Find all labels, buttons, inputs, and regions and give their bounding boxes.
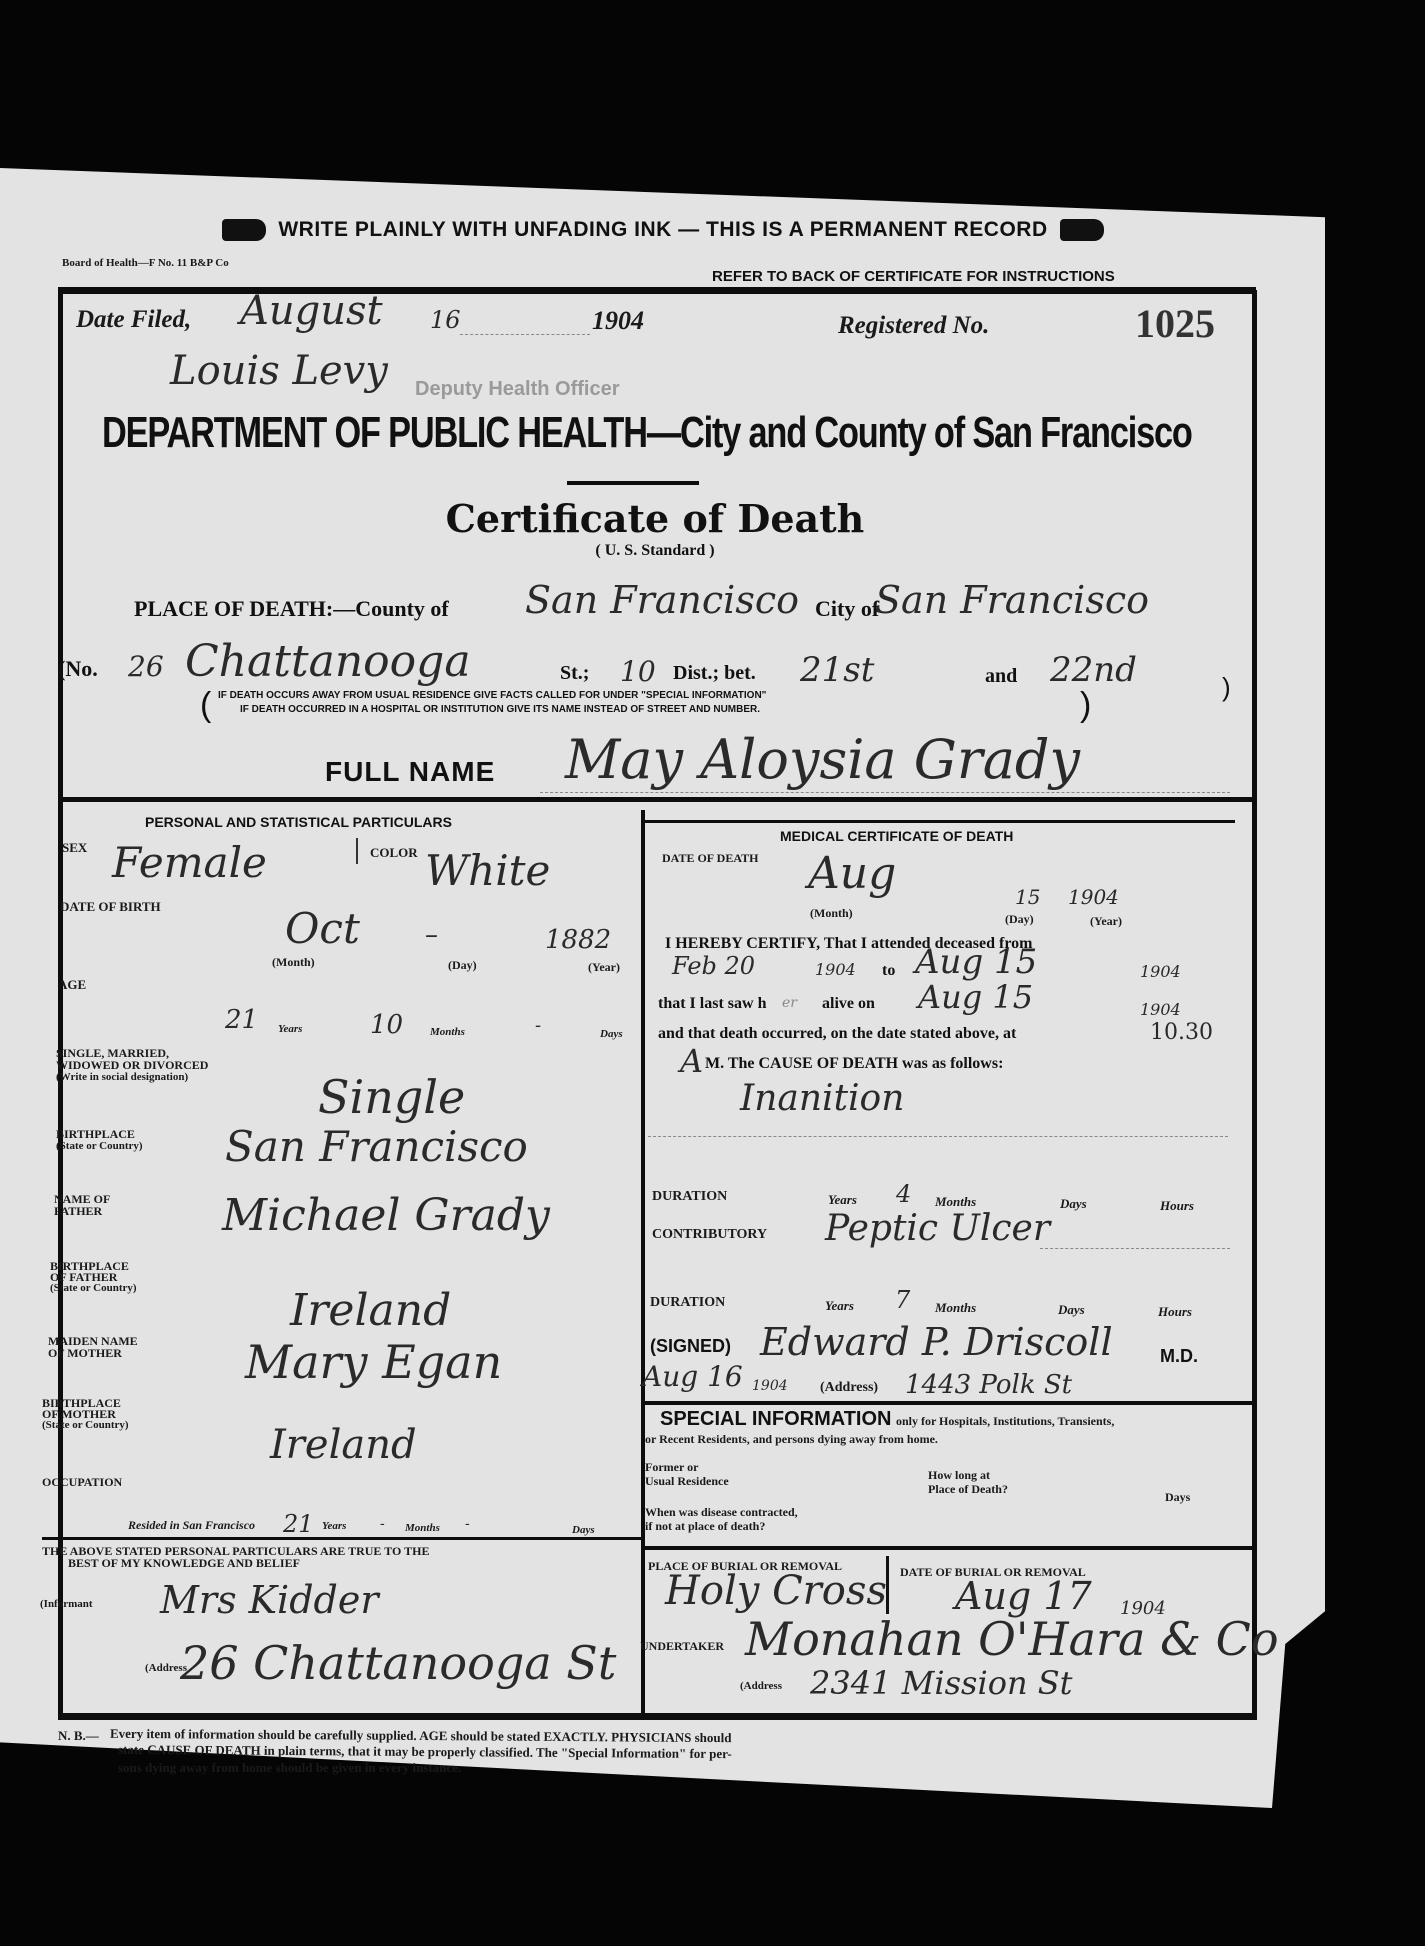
between-street-2: 22nd: [1050, 650, 1137, 690]
sex-label: SEX: [62, 841, 87, 854]
personal-heading: PERSONAL AND STATISTICAL PARTICULARS: [145, 814, 452, 830]
cause-of-death: Inanition: [740, 1078, 904, 1119]
form-top-border: [58, 287, 1256, 294]
attended-to: Aug 15: [915, 942, 1037, 982]
between-street-1: 21st: [800, 650, 874, 690]
undertaker-label: UNDERTAKER: [640, 1640, 724, 1653]
color-label: COLOR: [370, 846, 418, 859]
residence-note-line2: IF DEATH OCCURRED IN A HOSPITAL OR INSTI…: [240, 704, 760, 715]
dod-year: 1904: [1068, 885, 1119, 909]
column-divider: [641, 810, 645, 1715]
informant-address: 26 Chattanooga St: [180, 1636, 616, 1690]
date-filed-year: 1904: [592, 306, 644, 336]
occupation-label: OCCUPATION: [42, 1476, 122, 1489]
informant-name: Mrs Kidder: [160, 1578, 379, 1622]
st-label: St.;: [560, 662, 589, 685]
resided-years: 21: [283, 1510, 314, 1538]
and-label: and: [985, 665, 1017, 688]
mother-maiden-name: Mary Egan: [245, 1335, 502, 1389]
city-value: San Francisco: [875, 578, 1149, 622]
footer-nb-label: N. B.—: [58, 1728, 99, 1744]
dod-month: Aug: [808, 848, 896, 899]
street-no-label: (No.: [58, 656, 98, 682]
pointing-hand-icon: [1060, 219, 1104, 241]
burial-place: Holy Cross: [665, 1568, 887, 1614]
duration-2-value: 7: [895, 1286, 910, 1314]
undertaker-address: 2341 Mission St: [810, 1664, 1073, 1702]
father-birthplace: Ireland: [290, 1285, 451, 1336]
residence-note-line1: IF DEATH OCCURS AWAY FROM USUAL RESIDENC…: [218, 690, 766, 701]
registered-label: Registered No.: [838, 312, 989, 340]
age-years: 21: [225, 1005, 258, 1035]
form-bottom-border: [58, 1713, 1257, 1720]
section-divider: [58, 797, 1256, 802]
registered-number: 1025: [1135, 300, 1215, 347]
informant-label: (Informant: [40, 1598, 93, 1610]
date-filed-label: Date Filed,: [76, 306, 191, 334]
full-name-label: FULL NAME: [325, 756, 495, 788]
contributory-cause: Peptic Ulcer: [825, 1208, 1050, 1249]
date-filed-day: 16: [430, 306, 461, 334]
signed-date: Aug 16: [642, 1360, 743, 1393]
street-number: 26: [128, 650, 164, 683]
last-saw-date: Aug 15: [918, 978, 1033, 1016]
officer-title: Deputy Health Officer: [415, 378, 619, 401]
dod-label: DATE OF DEATH: [662, 852, 758, 865]
age-months: 10: [370, 1010, 403, 1040]
dist-label: Dist.; bet.: [673, 662, 756, 685]
age-days: -: [535, 1015, 541, 1036]
department-title: DEPARTMENT OF PUBLIC HEALTH—City and Cou…: [102, 408, 1192, 458]
form-id: Board of Health—F No. 11 B&P Co: [62, 257, 229, 269]
standard-subtitle: ( U. S. Standard ): [0, 542, 1310, 560]
marital-status: Single: [318, 1070, 465, 1124]
officer-signature: Louis Levy: [170, 348, 388, 394]
attended-from: Feb 20: [672, 952, 755, 980]
header-warning: WRITE PLAINLY WITH UNFADING INK — THIS I…: [118, 218, 1208, 242]
time-of-death: 10.30: [1150, 1020, 1213, 1045]
street-name: Chattanooga: [185, 636, 471, 687]
footer-line-3: sons dying away from home should be give…: [118, 1760, 461, 1776]
county-value: San Francisco: [525, 578, 799, 622]
physician-address: 1443 Polk St: [905, 1370, 1072, 1400]
contributory-label: CONTRIBUTORY: [652, 1228, 767, 1241]
full-name-value: May Aloysia Grady: [565, 728, 1080, 791]
physician-signature: Edward P. Driscoll: [760, 1320, 1113, 1364]
age-label: AGE: [58, 978, 86, 991]
dob-day: –: [425, 920, 438, 950]
mother-birthplace: Ireland: [270, 1422, 417, 1468]
instructions-note: REFER TO BACK OF CERTIFICATE FOR INSTRUC…: [712, 268, 1115, 285]
birthplace-value: San Francisco: [225, 1122, 528, 1171]
dob-year: 1882: [545, 925, 611, 955]
certificate-title: Certificate of Death: [0, 496, 1310, 541]
color-value: White: [425, 846, 550, 895]
dist-value: 10: [620, 655, 656, 688]
dod-day: 15: [1015, 885, 1040, 909]
sex-value: Female: [112, 838, 267, 887]
city-label: City of: [815, 596, 879, 622]
duration-1-value: 4: [896, 1180, 911, 1208]
medical-heading: MEDICAL CERTIFICATE OF DEATH: [780, 828, 1013, 844]
place-of-death-label: PLACE OF DEATH:—County of: [134, 596, 449, 622]
pointing-hand-icon: [222, 219, 266, 241]
dob-month: Oct: [285, 904, 360, 953]
special-info-heading: SPECIAL INFORMATION only for Hospitals, …: [660, 1408, 1114, 1431]
title-divider: [567, 481, 699, 485]
dob-label: DATE OF BIRTH: [60, 900, 161, 913]
father-name: Michael Grady: [222, 1190, 550, 1241]
undertaker-name: Monahan O'Hara & Co: [745, 1612, 1279, 1666]
date-filed-month: August: [240, 288, 383, 334]
